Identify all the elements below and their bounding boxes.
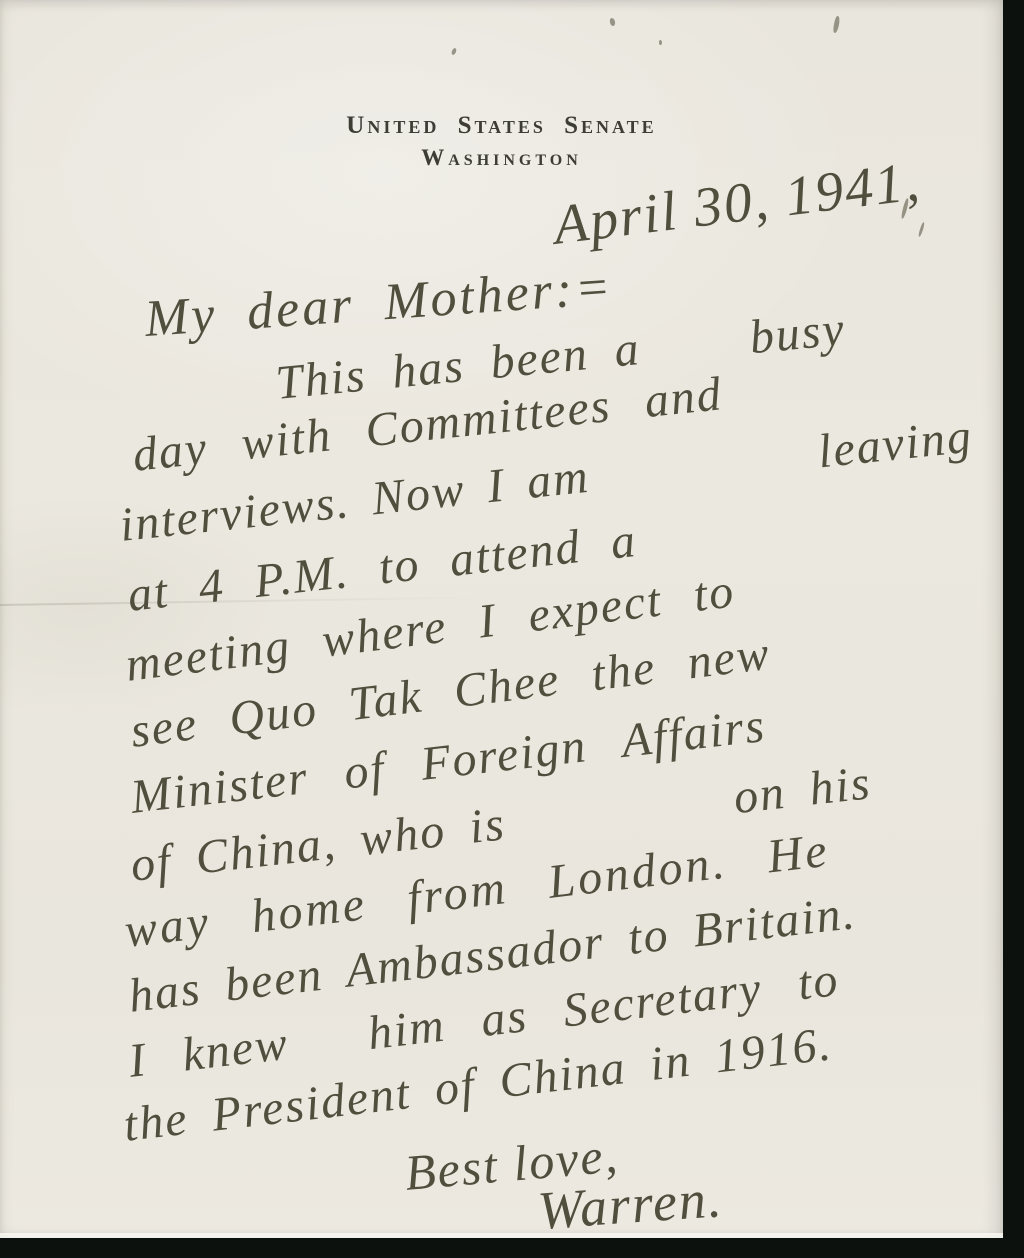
line-segment: leaving [815, 410, 975, 479]
ink-speck [659, 40, 662, 45]
letterhead: United States Senate Washington [0, 0, 1003, 171]
word-gap [591, 467, 820, 492]
paper-bottom-edge [0, 1233, 1003, 1238]
letterhead-organization: United States Senate [0, 112, 1003, 140]
line-segment: I knew [126, 1017, 292, 1088]
line-segment: busy [747, 302, 848, 364]
ink-speck [918, 222, 925, 237]
word-gap [290, 1048, 370, 1058]
line-segment: on his [731, 756, 874, 824]
word-gap [642, 352, 752, 364]
scan-background: United States Senate Washington April 30… [0, 0, 1024, 1258]
word-gap [507, 812, 736, 839]
signature: Warren. [536, 1169, 725, 1240]
letter-page: United States Senate Washington April 30… [0, 0, 1003, 1238]
